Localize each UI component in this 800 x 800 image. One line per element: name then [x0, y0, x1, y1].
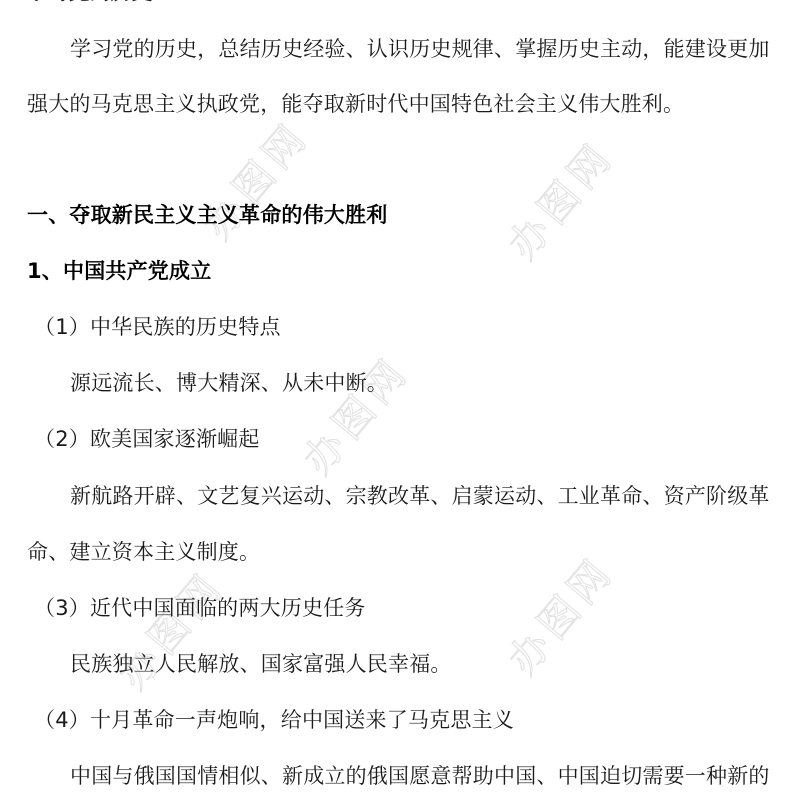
- cut-off-heading: 学习党的历史: [27, 0, 153, 5]
- intro-line-2: 强大的马克思主义执政党，能夺取新时代中国特色社会主义伟大胜利。: [27, 91, 684, 117]
- item-title-3: （3）近代中国面临的两大历史任务: [34, 595, 366, 621]
- item-body-2-line-1: 新航路开辟、文艺复兴运动、宗教改革、启蒙运动、工业革命、资产阶级革: [70, 483, 770, 509]
- item-body-1: 源远流长、博大精深、从未中断。: [70, 370, 388, 396]
- watermark: 办图网: [493, 127, 625, 269]
- watermark: 办图网: [288, 342, 420, 484]
- item-title-4: （4）十月革命一声炮响，给中国送来了马克思主义: [34, 707, 514, 733]
- intro-line-1: 学习党的历史，总结历史经验、认识历史规律、掌握历史主动，能建设更加: [70, 36, 770, 62]
- section-heading: 一、夺取新民主义主义革命的伟大胜利: [27, 202, 387, 228]
- item-title-1: （1）中华民族的历史特点: [34, 314, 281, 340]
- item-title-2: （2）欧美国家逐渐崛起: [34, 426, 260, 452]
- item-body-3: 民族独立人民解放、国家富强人民幸福。: [70, 651, 452, 677]
- watermark: 办图网: [493, 542, 625, 684]
- subsection-heading: 1、中国共产党成立: [27, 258, 211, 284]
- item-body-4: 中国与俄国国情相似、新成立的俄国愿意帮助中国、中国迫切需要一种新的: [70, 763, 770, 789]
- document-page: 办图网 办图网 办图网 办图网 办图网 学习党的历史 学习党的历史，总结历史经验…: [0, 0, 800, 800]
- watermark: 办图网: [188, 107, 320, 249]
- item-body-2-line-2: 命、建立资本主义制度。: [27, 539, 260, 565]
- watermark: 办图网: [103, 557, 235, 699]
